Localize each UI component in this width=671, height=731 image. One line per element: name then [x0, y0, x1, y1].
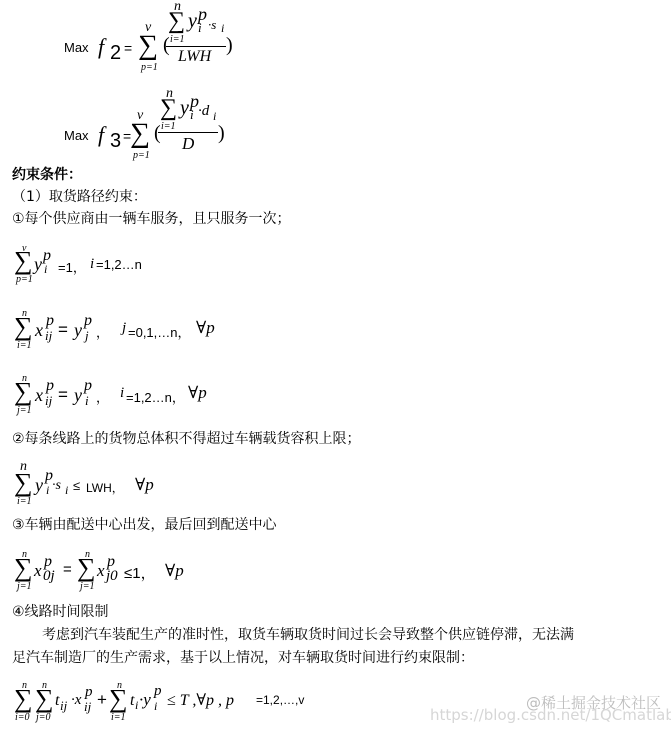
constraint-4-title: ④线路时间限制 — [12, 603, 109, 621]
f2-symbol: f — [98, 34, 104, 60]
fraction-bar — [166, 46, 226, 47]
watermark-csdn: https://blog.csdn.net/1QCmatlab — [430, 706, 671, 724]
constraint-3-text: ③车辆由配送中心出发，最后回到配送中心 — [12, 516, 277, 534]
f3-symbol: f — [98, 122, 104, 148]
constraint-4-paragraph-line2: 足汽车制造厂的生产需求，基于以上情况，对车辆取货时间进行约束限制： — [12, 649, 474, 667]
constraint-2-text: ②每条线路上的货物总体积不得超过车辆载货容积上限； — [12, 430, 361, 448]
constraint-1-text: ①每个供应商由一辆车服务，且只服务一次； — [12, 210, 291, 228]
max-label: Max — [64, 40, 89, 55]
constraints-heading: 约束条件： — [12, 166, 82, 184]
sum-symbol: ∑ — [138, 30, 158, 62]
fraction-bar — [158, 132, 218, 133]
max-label: Max — [64, 128, 89, 143]
section1-heading: （1）取货路径约束： — [12, 188, 147, 206]
constraint-4-paragraph-line1: 考虑到汽车装配生产的准时性，取货车辆取货时间过长会导致整个供应链停滞，无法满 — [42, 626, 574, 644]
